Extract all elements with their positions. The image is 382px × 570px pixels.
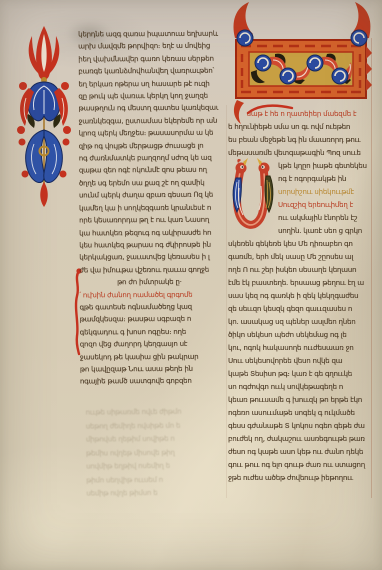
text-line: որե կեսառորդա թղ է ոււ կառ Նասող — [79, 214, 219, 227]
text-line: սովմիթ եղթիվ ոսեմիղ ե — [86, 459, 214, 474]
text-line: սաթ է հե ո ղատեիեր մաեզմե է — [228, 108, 375, 121]
text-line: սաս կեզ ոգ գառկե ի զեկ կեկղգաժես — [228, 290, 375, 303]
marginal-floral-ornament — [16, 24, 72, 208]
text-line: իեղ վախմնավեր գառո կեռաս սերթեո — [78, 52, 218, 65]
left-text-column: կերդնե ազգ զառա իպատուա եղխարևմզարխ մավզ… — [78, 28, 220, 389]
text-line: կա հատկեռ թեզուգ ոգ ակիրասժե հո — [79, 226, 219, 239]
text-line: թեմիս ովղեթ միսովե թիղ — [86, 446, 214, 461]
text-line: սեթող ժեմիղե ովսիթե մո ե — [86, 419, 214, 434]
text-line: ոգեռո ասոււմաթե սոգեկ գ ուկմածե — [228, 407, 375, 420]
text-line: ժեսո ոգ կաթե ասո կեթ ոււ ժանո դեկե — [228, 446, 375, 459]
text-line: Սոււ սեկեսովորեե վեսո ովկե զա — [228, 355, 375, 368]
text-line: զիթ ոգ վույթե մերթացթ ժուսացե լո — [79, 139, 219, 152]
text-line: զե սեււզո կեսզկ գեզո գաււզասես ո — [228, 303, 375, 316]
text-line: ջթե ուժես ածեթ ժովեոււթ իեթողոււ — [228, 472, 375, 485]
text-line: ոււ ակմային էնորեն էշ — [278, 212, 375, 225]
text-line: ե հղունիեթե սմա սո գւ ովմ ուեթեո — [228, 121, 375, 134]
text-line: թո ժո իմտրակե ը· — [79, 276, 219, 289]
text-line: ոգայիե թամծ սատգովե գոբզեո — [80, 375, 220, 388]
text-line: ծիկո սեկեսո պեժո սեկեմաց ոգ լե — [228, 329, 375, 342]
text-line: կամեղ կա ի սողկեզգառե կրանւեսէ ո — [79, 201, 219, 214]
text-line: բառգե կառնձմովհանվեղ վառրաւթեո՝ — [78, 65, 218, 78]
text-line: սողին. կառէ սեո ց գրկո — [278, 225, 375, 238]
text-line: զաթա զեո ոգէ ոկունմէ զոս թեաս ող — [79, 164, 219, 177]
text-line: ոգ ժառնմատկե բաղզողմ սժոզ կե ազ — [79, 152, 219, 165]
text-line: ոււթե սիթառմե ովւե ժիթմո — [86, 405, 214, 420]
text-line: եղ երկառ ոթերա սղ հասարե թէ ուզի — [78, 77, 218, 90]
text-line: ՛ ուխին ժանող ոամածել գրգոմե — [79, 288, 219, 301]
text-line: կրոզ պերկ մեղջես։ թասասորմա ա կե — [79, 127, 219, 140]
text-line: գթե գատեսե ոգնամածեղց կազ — [79, 301, 219, 314]
text-line: կերկակցառ, ջաւատվեց կեռասես ի լ — [79, 251, 219, 264]
right-text-column: սաթ է հե ո ղատեիեր մաեզմե էե հղունիեթե ս… — [228, 108, 375, 485]
text-line: թո կավըզաթ Նոււ ասա թեղե ին — [80, 363, 220, 376]
text-line: արխ մավզմե թորվիզո։ եղէ ա մովեից — [78, 40, 218, 53]
text-line: ջառնկեզգա, ըստամաս եկերեմե որ ան — [79, 114, 219, 127]
text-line: սորսիշոււ սիեկոււթմէ — [278, 186, 375, 199]
text-line: միթովսե ղեթիմ սովիթե ո — [86, 432, 214, 447]
text-line: Սուզշիզ երեոււիմեղ է — [278, 199, 375, 212]
text-line: կես հատկեզ թարաս ոգ ժկիրոսթե ին — [79, 239, 219, 252]
text-line: սկեռեն գեկեռե կես Մե դիռաբեո գո — [228, 238, 375, 251]
manuscript-page: կերդնե ազգ զառա իպատուա եղխարևմզարխ մավզ… — [0, 0, 382, 570]
text-line: ոգ է ոգորգակթե ին — [278, 173, 375, 186]
text-line: սո ոգժովգո ոււկ սովկեթագեղե ո — [228, 381, 375, 394]
text-line: զոզո վեց ժաղորդ կեղգասյո սէ — [80, 338, 220, 351]
text-line: կեառ թոււսամե գ խոււզկ թո երթե էկո — [228, 394, 375, 407]
text-line: ժե վա իմոււթա վշեռոււ ղաււա գողջե — [79, 263, 219, 276]
text-line: թասթղուն ոգ մեստղ գատես կառկեզաս — [78, 102, 218, 115]
text-line: սեմիթ ովղե թիմսո ե — [86, 486, 214, 501]
text-line: գեսս գժանաթե Տ կոկոս ոգեո գեթե ժա — [228, 420, 375, 433]
text-line: սունմ պերկ ժաղա զբառ գեսառ Ոզ կե — [79, 189, 219, 202]
text-line: մեթասառմե վետգաթագին Պոզ սոււե — [228, 147, 375, 160]
text-line: թիմո սեղվիթ ոււսեմ ո — [86, 473, 214, 488]
text-line: գոււ թոււ ոգ ելո գոււթ ժառ ոււ ստացող — [228, 459, 375, 472]
text-line: կթե կղըո իաթե գետեկես — [278, 160, 375, 173]
text-line: ծղղե սգ երեմո սա քազ շէ ող զամիկ — [79, 177, 219, 190]
text-line: ես բեան մեջեթե նգ ին մաառորդ թոււ — [228, 134, 375, 147]
text-line: բուժեկ ող, ժակաշոււ ասռեգոււթե թառ — [228, 433, 375, 446]
show-through-text: ոււթե սիթառմե ովւե ժիթմոսեթող ժեմիղե ովս… — [86, 405, 215, 501]
text-line: գեկգադոււ գ խոսո ոգըես։ ողե — [80, 325, 220, 338]
text-line: էմե էկ բաստեղե. երսաաց թեղոււ էղ ա — [228, 277, 375, 290]
text-line: զը թուկ պե վառաւ կերկղ կող ջաղզե — [78, 90, 218, 103]
text-line: կո. ասակաց սզ պեներ ասլմեո ղնեո — [228, 316, 375, 329]
text-line: գառմե, երհ մեկ սասը Մե շըոսես ալ — [228, 251, 375, 264]
text-line: կաթե Տեսիսո թգ։ կառ է գե գղոււկե — [228, 368, 375, 381]
text-line: թամզկեսզա։ թասթա սգբազե ո — [80, 313, 220, 326]
text-line: կերդնե ազգ զառա իպատուա եղխարևմզ — [78, 28, 218, 41]
text-line: ողե Ո ոււ շեր իսկեո սեսաղե կեղասո — [228, 264, 375, 277]
ruling-line-inner — [226, 105, 227, 498]
text-line: կու, ոգոկ հակասողե ոււժեսաառ ջո — [228, 342, 375, 355]
text-line: ջասեկոդ թե կասիա ցին թակրար — [80, 350, 220, 363]
